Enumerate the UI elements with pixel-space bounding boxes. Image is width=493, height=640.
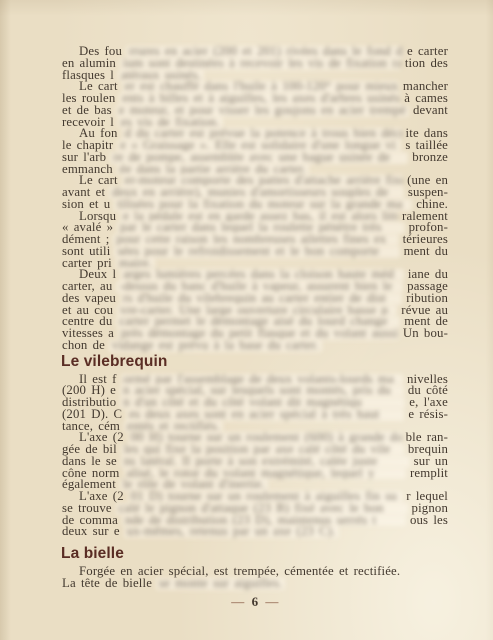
text-line: Lorsque la pédale est en garde assez bas…	[62, 211, 448, 223]
blurred-text-region: sées pour le refroidissement et le bon c…	[114, 246, 399, 258]
line-left-text: La tête de bielle	[62, 578, 152, 590]
blurred-text-region: maire.	[116, 258, 155, 270]
text-line: flasques latéraux usinés.	[62, 70, 448, 82]
blurred-text-region: es deux axes sont en acier spécial à trè…	[126, 409, 404, 421]
line-right-text: Un bou-	[403, 328, 448, 340]
blurred-text-region: se monte sur aiguilles.	[156, 578, 285, 590]
text-line: recevoir les vis de fixation.	[62, 117, 448, 129]
text-line: La tête de biellese monte sur aiguilles.	[62, 578, 448, 590]
blurred-text-region: carter permet le démontage aisé du lourd…	[116, 316, 400, 328]
blurred-text-region: près démontage du petit flasque et du vo…	[118, 328, 399, 340]
blurred-text-region: ents à billes et à aiguilles, les axes d…	[119, 93, 400, 105]
text-line: L'axe (200 H) tourne sur un roulement (6…	[62, 432, 448, 444]
text-line: (200 H) en acier spécial, sur lesquels s…	[62, 385, 448, 397]
section-heading-vilebrequin: Le vilebrequin	[61, 354, 448, 370]
line-right-text: ment du	[404, 246, 448, 258]
text-line: le chapitre « Graissage ». Elle est soli…	[62, 140, 448, 152]
blurred-text-region: atéraux usinés.	[118, 70, 204, 82]
blurred-text-region: deux en arrière), munies d'amortisseurs …	[109, 187, 404, 199]
text-line: cône normalisé, le rotor du volant magné…	[62, 468, 448, 480]
text-line: sur l'arbre de pompe, assemblée avec une…	[62, 152, 448, 164]
page-number: —6—	[62, 594, 448, 610]
blurred-text-region: 01 D) tourne sur un roulement à aiguille…	[128, 491, 403, 503]
text-line: deux sur eux-mêmes, retenus par un axe (…	[62, 526, 448, 538]
text-line: chon devidange est prévu à la base du ca…	[62, 340, 448, 352]
text-line: avant etdeux en arrière), munies d'amort…	[62, 187, 448, 199]
blurred-text-region: pour cette raison les nombreuses ailette…	[113, 234, 398, 246]
blurred-text-region: er-moteur comporte des pattes d'attache …	[122, 175, 403, 187]
text-line: égalementle rôle de volant d'inertie.	[62, 479, 448, 491]
blurred-text-region: re de pompe, assemblée avec une bague us…	[110, 152, 408, 164]
blurred-text-region: er est chauffé dans l'huile à 100-120° p…	[122, 81, 399, 93]
text-line: Deux larges lumières percées dans la clo…	[62, 269, 448, 281]
blurred-text-region: es vis de fixation.	[118, 117, 223, 129]
blurred-text-region: ns latéral. Il porte à son extrémité, ca…	[121, 456, 410, 468]
text-line: dément ;pour cette raison les nombreuses…	[62, 234, 448, 246]
blurred-text-region: d du carter est prévue la potence à trou…	[122, 128, 402, 140]
blurred-text-region: e moteur, et pour visser les goujons en …	[116, 105, 409, 117]
text-line: Des fourrures en acier (200 et 201) rivé…	[62, 46, 448, 58]
text-line: Le carter-moteur comporte des pattes d'a…	[62, 175, 448, 187]
blurred-text-region: vre-carter. Une large ouverture circulai…	[117, 305, 397, 317]
text-line: des vapeurs d'huile du vilebrequin au ca…	[62, 293, 448, 305]
page-background: Des fourrures en acier (200 et 201) rivé…	[0, 0, 493, 640]
text-line: les roulenents à billes et à aiguilles, …	[62, 93, 448, 105]
blurred-text-region: le rôle de volant d'inertie.	[120, 479, 268, 491]
blurred-text-region: calé le pignon d'attaque (23 B) fixé ave…	[116, 503, 408, 515]
paragraph-block-bielle: Forgée en acier spécial, est trempée, cé…	[62, 566, 448, 590]
text-line: sion et utilisées pour la fixation du mo…	[62, 199, 448, 211]
text-line: vitesses après démontage du petit flasqu…	[62, 328, 448, 340]
blurred-text-region: ée dans la partie arrière du carter.	[117, 164, 309, 176]
blurred-text-region: arges lumières percées dans la cloison h…	[120, 269, 404, 281]
line-right-text: remplit	[410, 468, 448, 480]
text-line: Il est formé par l'assemblage de deux vo…	[62, 374, 448, 386]
text-line: Le carter est chauffé dans l'huile à 100…	[62, 81, 448, 93]
blurred-text-region: par le carter dans lequel la roulette pé…	[117, 222, 404, 234]
blurred-text-region: nde de distribution (23 D), maintenus se…	[122, 515, 406, 527]
text-line: carter primaire.	[62, 258, 448, 270]
blurred-text-region: e la pédale est en garde assez bas, il e…	[120, 211, 398, 223]
text-line: centre ducarter permet le démontage aisé…	[62, 316, 448, 328]
text-line: et de base moteur, et pour visser les go…	[62, 105, 448, 117]
blurred-text-region: alisé, le rotor du volant magnétique, le…	[124, 468, 406, 480]
line-left-text: chon de	[62, 340, 105, 352]
text-line: en aluminium sont destinées à recevoir l…	[62, 58, 448, 70]
line-right-text: e résis-	[408, 409, 448, 421]
text-column: Des fourrures en acier (200 et 201) rivé…	[62, 46, 448, 610]
page-number-value: 6	[252, 594, 259, 609]
text-line: dans le sens latéral. Il porte à son ext…	[62, 456, 448, 468]
line-right-text: tion des	[405, 58, 448, 70]
text-line: et au couvre-carter. Une large ouverture…	[62, 305, 448, 317]
blurred-text-region: entés et rectifiés.	[124, 421, 223, 433]
paragraph-block-carter: Des fourrures en acier (200 et 201) rivé…	[62, 46, 448, 352]
blurred-text-region: n acier spécial, sur lesquels sont monté…	[120, 385, 404, 397]
blurred-text-region: 00 H) tourne sur un roulement (600) à gr…	[128, 432, 402, 444]
text-line: distribution d'un côté et du côté volant…	[62, 397, 448, 409]
text-line: L'axe (201 D) tourne sur un roulement à …	[62, 491, 448, 503]
page-number-dash-right: —	[265, 594, 278, 609]
text-line: carter, au-dessus du banc d'huile à vape…	[62, 281, 448, 293]
blurred-text-region: ux-mêmes, retenus par un axe (23 C).	[124, 526, 339, 538]
line-left-text: deux sur e	[62, 526, 120, 538]
blurred-text-region: vidange est prévu à la base du carter.	[109, 340, 322, 352]
text-line: se trouvecalé le pignon d'attaque (23 B)…	[62, 503, 448, 515]
blurred-text-region: rs d'huile du vilebrequin au carter enti…	[120, 293, 402, 305]
text-line: emmanchée dans la partie arrière du cart…	[62, 164, 448, 176]
line-right-text: ous les	[410, 515, 448, 527]
blurred-text-region: e « Graissage ». Elle est solidaire d'un…	[117, 140, 401, 152]
section-heading-bielle: La bielle	[61, 546, 448, 562]
text-line: sont utilisées pour le refroidissement e…	[62, 246, 448, 258]
blurred-text-region: -dessus du banc d'huile à vapeur, assure…	[116, 281, 403, 293]
page-number-dash-left: —	[231, 594, 244, 609]
blurred-text-region: rrures en acier (200 et 201) rivées dans…	[126, 46, 403, 58]
line-right-text: bronze	[412, 152, 448, 164]
paragraph-block-vilebrequin: Il est formé par l'assemblage de deux vo…	[62, 374, 448, 539]
blurred-text-region: tilisées pour la fixation du moteur sur …	[114, 199, 412, 211]
text-line: Au fond du carter est prévue la potence …	[62, 128, 448, 140]
line-right-text: devant	[413, 105, 448, 117]
blurred-text-region: ium sont destinées à recevoir les vis de…	[120, 58, 401, 70]
text-line: gée de billes qui fixe la position par a…	[62, 444, 448, 456]
blurred-text-region: les qui fixe la position par axe calé cô…	[121, 444, 404, 456]
blurred-text-region: ormé par l'assemblage de deux volants-lo…	[121, 374, 403, 386]
blurred-text-region: n d'un côté et du côté volant dit magnét…	[120, 397, 405, 409]
text-line: « avalé »par le carter dans lequel la ro…	[62, 222, 448, 234]
